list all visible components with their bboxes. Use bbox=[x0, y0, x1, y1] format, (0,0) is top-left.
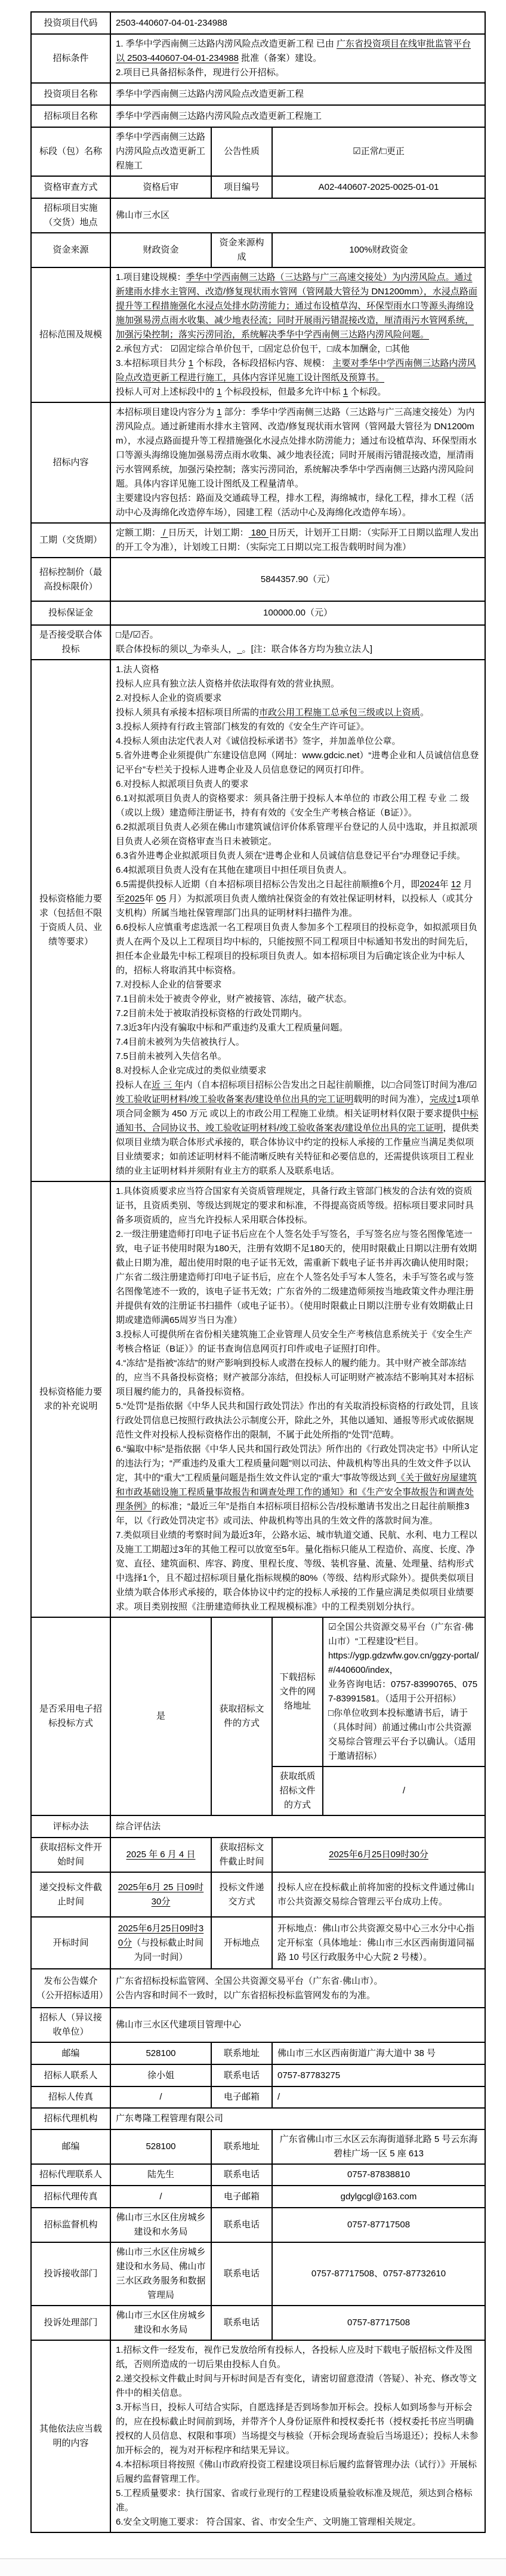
agency-phone-value: 0757-87838810 bbox=[272, 2164, 485, 2186]
tenderer-contact-value: 徐小姐 bbox=[110, 2064, 211, 2086]
tender-conditions-label: 招标条件 bbox=[31, 34, 110, 83]
bid-opening-place-label: 开标地点 bbox=[211, 1917, 272, 1969]
complaint-handling-phone-label: 联系电话 bbox=[211, 2306, 272, 2340]
control-price-label: 招标控制价（最高投标限价） bbox=[31, 558, 110, 601]
paper-doc-label: 获取纸质招标文件的方式 bbox=[272, 1766, 323, 1815]
obtain-method-label: 获取招标文件的方式 bbox=[211, 1617, 272, 1815]
tenderer-fax-label: 招标人传真 bbox=[31, 2086, 110, 2108]
section-name-label: 标段（包）名称 bbox=[31, 127, 110, 176]
duration-value: 定额工期： / 日历天，计划工期： 180 日历天，计划开工日期：（实际开工日期… bbox=[110, 523, 485, 558]
tenderer-value: 佛山市三水区代建项目管理中心 bbox=[110, 2008, 485, 2042]
project-code-label: 投资项目代码 bbox=[31, 12, 110, 34]
supervision-value: 佛山市三水区住房城乡建设和水务局 bbox=[110, 2208, 211, 2242]
bid-bond-value: 100000.00（元） bbox=[110, 601, 485, 625]
complaint-handling-phone-value: 0757-87717508 bbox=[272, 2306, 485, 2340]
tender-project-name-value: 季华中学西南侧三达路内涝风险点改造更新工程施工 bbox=[110, 105, 485, 127]
bid-opening-time-value: 2025年6月25日09时30分（与投标截止时间为同一时间） bbox=[110, 1917, 211, 1969]
tender-scope-label: 招标范围及规模 bbox=[31, 267, 110, 402]
project-no-label: 项目编号 bbox=[211, 176, 272, 198]
tenderer-fax-value: / bbox=[110, 2086, 211, 2108]
complaint-receiving-phone-value: 0757-87717508、0757-87732610 bbox=[272, 2242, 485, 2306]
supervision-label: 招标监督机构 bbox=[31, 2208, 110, 2242]
tender-announcement-page: { "rows": { "project_code": {"label": "投… bbox=[0, 11, 506, 2576]
agency-postcode-value: 528100 bbox=[110, 2129, 211, 2164]
agency-address-value: 广东省佛山市三水区云东海街道驿北路 5 号云东海碧桂广场一区 5 座 613 bbox=[272, 2129, 485, 2164]
evaluation-method-value: 综合评估法 bbox=[110, 1815, 485, 1838]
qualification-requirements-value: 1.法人资格投标人应具有独立法人资格并依法取得有效的营业执照。2.对投标人企业的… bbox=[110, 660, 485, 1181]
agency-email-value: gdylgcgl@163.com bbox=[272, 2186, 485, 2208]
tenderer-label: 招标人（异议接收单位） bbox=[31, 2008, 110, 2042]
delivery-location-label: 招标项目实施（交货）地点 bbox=[31, 198, 110, 233]
bid-opening-place-value: 开标地点：佛山市公共资源交易中心三水分中心指定开标室（具体地址：佛山市三水区西南… bbox=[272, 1917, 485, 1969]
e-bidding-value: 是 bbox=[110, 1617, 211, 1815]
tender-content-value: 本招标项目建设内容分为 1 部分：季华中学西南侧三达路（三达路与广三高速交接处）… bbox=[110, 402, 485, 523]
tenderer-contact-label: 招标人联系人 bbox=[31, 2064, 110, 2086]
page-bottom-divider bbox=[0, 2558, 506, 2576]
doc-obtain-end-label: 获取招标文件截止时间 bbox=[211, 1838, 272, 1872]
announcement-media-value: 广东省招标投标监管网、全国公共资源交易平台（广东省·佛山市）。公告内容和时间不一… bbox=[110, 1969, 485, 2008]
consortium-label: 是否接受联合体投标 bbox=[31, 625, 110, 660]
tenderer-email-value: / bbox=[272, 2086, 485, 2108]
qualification-review-value: 资格后审 bbox=[110, 176, 211, 198]
tender-content-label: 招标内容 bbox=[31, 402, 110, 523]
tender-project-name-label: 招标项目名称 bbox=[31, 105, 110, 127]
qualification-supplement-label: 投标资格能力要求的补充说明 bbox=[31, 1181, 110, 1617]
tenderer-phone-label: 联系电话 bbox=[211, 2064, 272, 2086]
doc-obtain-start-label: 获取招标文件开始时间 bbox=[31, 1838, 110, 1872]
investment-project-name-label: 投资项目名称 bbox=[31, 83, 110, 105]
agency-value: 广东粤隆工程管理有限公司 bbox=[110, 2108, 485, 2129]
funding-composition-value: 100%财政资金 bbox=[272, 233, 485, 267]
tenderer-address-value: 佛山市三水区西南街道广海大道中 38 号 bbox=[272, 2042, 485, 2064]
complaint-handling-value: 佛山市三水区住房城乡建设和水务局 bbox=[110, 2306, 211, 2340]
submission-method-label: 投标文件递交方式 bbox=[211, 1872, 272, 1917]
download-url-value: ☑全国公共资源交易平台（广东省·佛山市）“工程建设”栏目。https://ygp… bbox=[323, 1617, 485, 1766]
e-bidding-label: 是否采用电子招标投标方式 bbox=[31, 1617, 110, 1815]
agency-fax-label: 招标代理传真 bbox=[31, 2186, 110, 2208]
other-contents-label: 其他依法应当载明的内容 bbox=[31, 2340, 110, 2532]
delivery-location-value: 佛山市三水区 bbox=[110, 198, 485, 233]
agency-label: 招标代理机构 bbox=[31, 2108, 110, 2129]
bid-opening-time-label: 开标时间 bbox=[31, 1917, 110, 1969]
complaint-handling-label: 投诉处理部门 bbox=[31, 2306, 110, 2340]
agency-contact-label: 招标代理联系人 bbox=[31, 2164, 110, 2186]
notice-nature-label: 公告性质 bbox=[211, 127, 272, 176]
tenderer-address-label: 联系地址 bbox=[211, 2042, 272, 2064]
tenderer-phone-value: 0757-87783275 bbox=[272, 2064, 485, 2086]
paper-doc-value: / bbox=[323, 1766, 485, 1815]
agency-phone-label: 联系电话 bbox=[211, 2164, 272, 2186]
project-no-value: A02-440607-2025-0025-01-01 bbox=[272, 176, 485, 198]
other-contents-value: 1.招标文件一经发布，视作已发放给所有投标人，各投标人应及时下载电子版招标文件及… bbox=[110, 2340, 485, 2532]
control-price-value: 5844357.90（元） bbox=[110, 558, 485, 601]
tender-conditions-value: 1. 季华中学西南侧三达路内涝风险点改造更新工程 已由 广东省投资项目在线审批监… bbox=[110, 34, 485, 83]
funding-composition-label: 资金来源构成 bbox=[211, 233, 272, 267]
qualification-requirements-label: 投标资格能力要求（包括但不限于资质人员、业绩等要求） bbox=[31, 660, 110, 1181]
funding-source-label: 资金来源 bbox=[31, 233, 110, 267]
agency-address-label: 联系地址 bbox=[211, 2129, 272, 2164]
submission-method-value: 投标人应在投标截止前将加密的投标文件通过佛山市公共资源交易综合管理云平台成功上传… bbox=[272, 1872, 485, 1917]
qualification-supplement-value: 1.具体资质要求应当符合国家有关资质管理规定，具备行政主管部门核发的合法有效的资… bbox=[110, 1181, 485, 1617]
agency-fax-value: / bbox=[110, 2186, 211, 2208]
duration-label: 工期（交货期） bbox=[31, 523, 110, 558]
section-name-value: 季华中学西南侧三达路内涝风险点改造更新工程施工 bbox=[110, 127, 211, 176]
funding-source-value: 财政资金 bbox=[110, 233, 211, 267]
supervision-phone-label: 联系电话 bbox=[211, 2208, 272, 2242]
complaint-receiving-label: 投诉接收部门 bbox=[31, 2242, 110, 2306]
consortium-value: □是/☑否。联合体投标的须以_为牵头人，_。[注：联合体各方均为独立法人] bbox=[110, 625, 485, 660]
tenderer-postcode-label: 邮编 bbox=[31, 2042, 110, 2064]
agency-email-label: 电子邮箱 bbox=[211, 2186, 272, 2208]
agency-postcode-label: 邮编 bbox=[31, 2129, 110, 2164]
tender-table: 投资项目代码 2503-440607-04-01-234988 招标条件 1. … bbox=[30, 11, 486, 2533]
submission-deadline-value: 2025年6月 25 日09时30分 bbox=[110, 1872, 211, 1917]
submission-deadline-label: 递交投标文件截止时间 bbox=[31, 1872, 110, 1917]
doc-obtain-start-value: 2025 年 6 月 4 日 bbox=[110, 1838, 211, 1872]
complaint-receiving-phone-label: 联系电话 bbox=[211, 2242, 272, 2306]
qualification-review-label: 资格审查方式 bbox=[31, 176, 110, 198]
evaluation-method-label: 评标办法 bbox=[31, 1815, 110, 1838]
notice-nature-value: ☑正常/□更正 bbox=[272, 127, 485, 176]
agency-contact-value: 陆先生 bbox=[110, 2164, 211, 2186]
tenderer-email-label: 电子邮箱 bbox=[211, 2086, 272, 2108]
announcement-media-label: 发布公告媒介（公开招标适用） bbox=[31, 1969, 110, 2008]
download-url-label: 下载招标文件的网络地址 bbox=[272, 1617, 323, 1766]
project-code-value: 2503-440607-04-01-234988 bbox=[110, 12, 485, 34]
tender-scope-value: 1.项目建设规模：季华中学西南侧三达路（三达路与广三高速交接处）为内涝风险点。通… bbox=[110, 267, 485, 402]
investment-project-name-value: 季华中学西南侧三达路内涝风险点改造更新工程 bbox=[110, 83, 485, 105]
tenderer-postcode-value: 528100 bbox=[110, 2042, 211, 2064]
complaint-receiving-value: 佛山市三水区住房城乡建设和水务局、佛山市三水区政务服务和数据管理局 bbox=[110, 2242, 211, 2306]
bid-bond-label: 投标保证金 bbox=[31, 601, 110, 625]
doc-obtain-end-value: 2025年6月25日09时30分 bbox=[272, 1838, 485, 1872]
supervision-phone-value: 0757-87717508 bbox=[272, 2208, 485, 2242]
